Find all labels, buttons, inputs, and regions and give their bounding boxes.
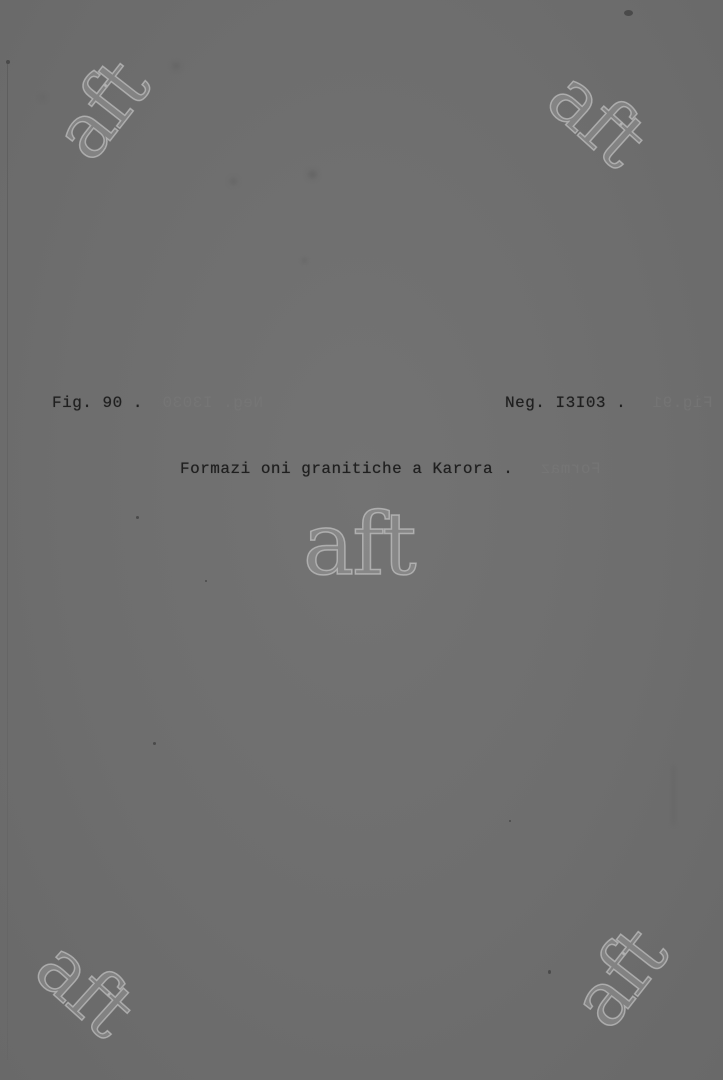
negative-number: Neg. I3I03 . (505, 394, 626, 412)
dust-blot (172, 62, 180, 70)
paper-edge-line (7, 60, 8, 1060)
dust-speck (153, 742, 156, 745)
dust-speck (509, 820, 511, 822)
dust-speck (548, 970, 551, 974)
figure-caption: Formazi oni granitiche a Karora . (180, 460, 513, 478)
watermark-bottom-left: aft (23, 927, 147, 1049)
bleed-through-text: Formaz (540, 460, 601, 478)
figure-number: Fig. 90 . (52, 394, 143, 412)
dust-speck (136, 516, 139, 519)
bleed-through-text: Fig.91 (652, 394, 713, 412)
dust-speck (624, 10, 633, 16)
dust-speck (205, 580, 207, 582)
dust-blot (302, 258, 307, 263)
dust-blot (230, 178, 237, 185)
watermark-top-right: aft (535, 57, 659, 179)
scanned-document-page: Neg. I3030 Fig.91 Formaz Fig. 90 . Neg. … (0, 0, 723, 1080)
dust-speck (6, 60, 10, 64)
dust-blot (40, 95, 45, 100)
scratch-mark (672, 765, 675, 825)
watermark-bottom-right: aft (559, 916, 679, 1040)
bleed-through-text: Neg. I3030 (162, 394, 263, 412)
dust-blot (308, 170, 317, 179)
watermark-top-left: aft (41, 48, 161, 172)
watermark-center: aft (303, 502, 415, 588)
